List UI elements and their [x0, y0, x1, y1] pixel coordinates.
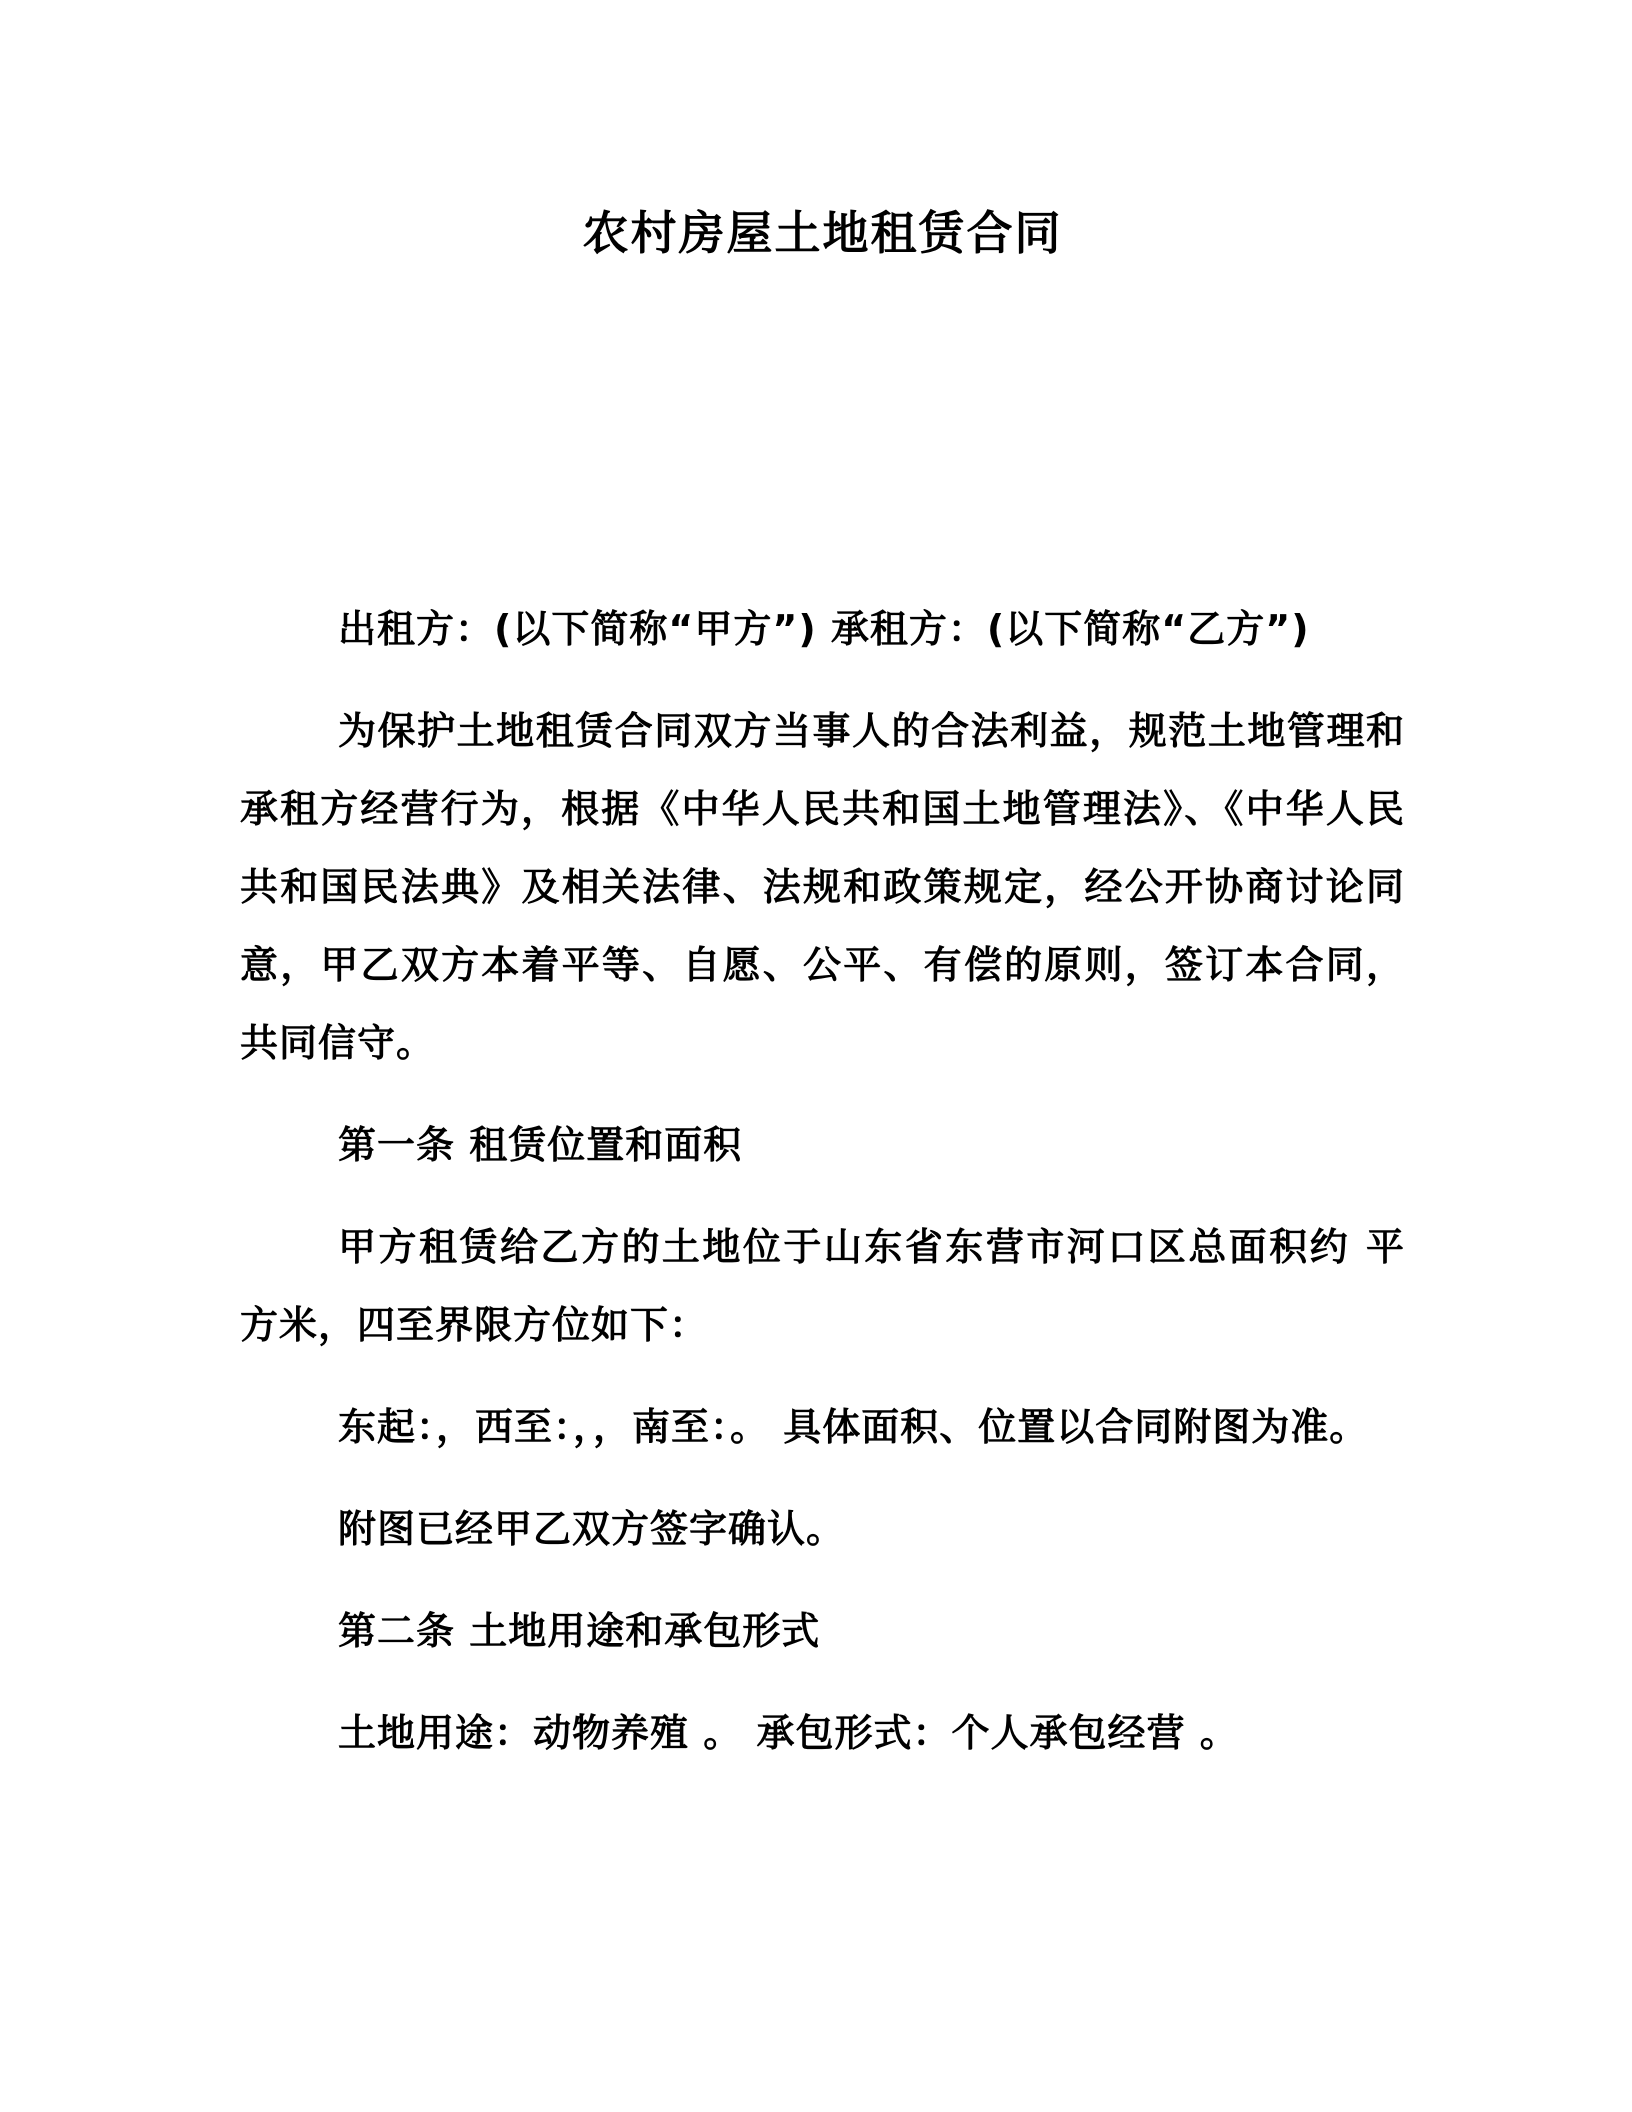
heading-article-1-location-area: 第一条 租赁位置和面积 — [240, 1106, 1405, 1184]
document-body: 出租方：(以下简称“甲方”) 承租方：(以下简称“乙方”) 为保护土地租赁合同双… — [240, 590, 1405, 1772]
paragraph-land-location: 甲方租赁给乙方的土地位于山东省东营市河口区总面积约 平方米，四至界限方位如下： — [240, 1208, 1405, 1364]
paragraph-boundaries: 东起：，西至：，，南至：。 具体面积、位置以合同附图为准。 — [240, 1388, 1405, 1466]
paragraph-parties: 出租方：(以下简称“甲方”) 承租方：(以下简称“乙方”) — [240, 590, 1405, 668]
document-content-area: 农村房屋土地租赁合同 出租方：(以下简称“甲方”) 承租方：(以下简称“乙方”)… — [240, 0, 1405, 1796]
heading-article-2-land-use: 第二条 土地用途和承包形式 — [240, 1592, 1405, 1670]
contract-document-page: 农村房屋土地租赁合同 出租方：(以下简称“甲方”) 承租方：(以下简称“乙方”)… — [0, 0, 1632, 2112]
paragraph-attachment-confirmation: 附图已经甲乙双方签字确认。 — [240, 1490, 1405, 1568]
paragraph-preamble: 为保护土地租赁合同双方当事人的合法利益，规范土地管理和承租方经营行为，根据《中华… — [240, 692, 1405, 1082]
document-title: 农村房屋土地租赁合同 — [240, 202, 1405, 264]
paragraph-land-use-contract-form: 土地用途：动物养殖 。 承包形式：个人承包经营 。 — [240, 1694, 1405, 1772]
